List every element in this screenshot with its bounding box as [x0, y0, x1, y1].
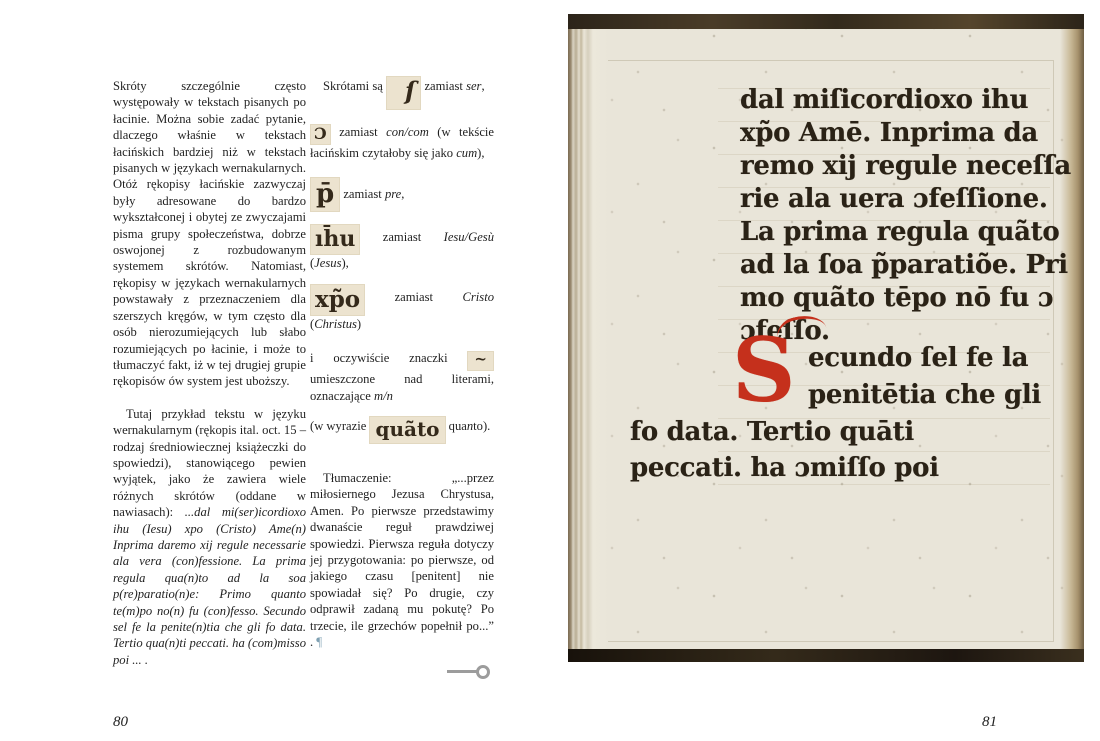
text-segment: pre — [385, 187, 401, 201]
text-segment: , — [401, 187, 404, 201]
text-segment: Cristo — [463, 290, 495, 304]
manuscript-line: fo data. Tertio quāti — [630, 414, 939, 450]
abbreviation-row: (w wyrazie quãto quanto). — [310, 416, 494, 444]
manuscript-line: remo xij regule neceſſa — [740, 150, 1071, 183]
manuscript-line: mo quãto tēpo nō fu ɔ — [740, 282, 1071, 315]
abbreviation-row: p̄ zamiast pre, — [310, 177, 494, 212]
abbreviation-row: Skrótami są ſ zamiast ser, — [310, 76, 494, 110]
manuscript-line: La prima regula quãto — [740, 216, 1071, 249]
text-segment: i oczywiście znaczki — [310, 351, 467, 365]
con-abbreviation-glyph-icon: Ɔ — [310, 124, 331, 145]
manuscript-line: ad la ſoa p̃paratiõe. Pri — [740, 249, 1071, 282]
end-ornament — [310, 665, 494, 679]
text-segment: ), — [341, 256, 348, 270]
text-segment: ) — [357, 317, 361, 331]
right-column-text: Skrótami są ſ zamiast ser,Ɔ zamiast con/… — [310, 76, 494, 679]
text-segment: ser — [466, 79, 481, 93]
ornament-circle-icon — [476, 665, 490, 679]
text-segment: cum — [456, 146, 477, 160]
manuscript-line: ecundo ſel fe la — [808, 340, 1041, 377]
manuscript-line: dal miſicordioxo ihu — [740, 84, 1071, 117]
red-initial-letter: S — [732, 332, 796, 408]
page-number-left: 80 — [113, 714, 128, 731]
quato-abbreviation-glyph-icon: quãto — [369, 416, 445, 444]
text-segment: Christus — [314, 317, 357, 331]
manuscript-line: xp̃o Amē. Inprima da — [740, 117, 1071, 150]
text-segment: Jesus — [314, 256, 341, 270]
ornament-line — [447, 670, 477, 673]
text-segment: zamiast — [421, 79, 466, 93]
body-paragraph: Tutaj przykład tekstu w języku wernakula… — [113, 406, 306, 669]
abbreviation-row: xp̃o zamiast Cristo (Christus) — [310, 284, 494, 332]
manuscript-lines-bottom: fo data. Tertio quātipeccati. ha ɔmiſſo … — [630, 414, 939, 486]
abbreviation-row: ıh̄u zamiast Iesu/Gesù (Jesus), — [310, 224, 494, 271]
abbreviation-examples: Skrótami są ſ zamiast ser,Ɔ zamiast con/… — [310, 76, 494, 651]
text-segment: to). — [473, 419, 490, 433]
text-segment: qua — [446, 419, 467, 433]
text-segment: ...dal mi(ser)icordioxo ihu (Iesu) xpo (… — [113, 505, 306, 667]
text-segment: zamiast — [331, 125, 386, 139]
text-segment: Tutaj przykład tekstu w języku wernakula… — [113, 407, 306, 519]
pilcrow-mark: ¶ — [316, 634, 322, 649]
text-segment: , — [481, 79, 484, 93]
abbreviation-row: i oczywiście znaczki ~ umieszczone nad l… — [310, 350, 494, 404]
text-segment: umieszczone nad literami, oznaczające — [310, 372, 494, 402]
manuscript-lines-top: dal miſicordioxo ihuxp̃o Amē. Inprima da… — [740, 84, 1071, 348]
manuscript-photo: dal miſicordioxo ihuxp̃o Amē. Inprima da… — [568, 14, 1084, 662]
text-segment: zamiast — [360, 230, 443, 244]
page-number-right: 81 — [982, 714, 997, 731]
pre-abbreviation-glyph-icon: p̄ — [310, 177, 340, 212]
body-paragraph: Skróty szczególnie często występowały w … — [113, 78, 306, 390]
abbreviation-row: Ɔ zamiast con/com (w tekście łacińskim c… — [310, 124, 494, 161]
manuscript-line: penitētia che gli — [808, 377, 1041, 414]
text-segment: Skrótami są — [323, 79, 386, 93]
text-segment: Tłumaczenie: „...przez miłosiernego Jezu… — [310, 471, 494, 649]
manuscript-line: peccati. ha ɔmiſſo poi — [630, 450, 939, 486]
ihu-abbreviation-glyph-icon: ıh̄u — [310, 224, 360, 255]
text-segment: (w wyrazie — [310, 419, 369, 433]
manuscript-text: dal miſicordioxo ihuxp̃o Amē. Inprima da… — [568, 14, 1084, 662]
text-segment: Iesu/Gesù — [444, 230, 494, 244]
text-segment: zamiast — [365, 290, 462, 304]
text-segment: zamiast — [340, 187, 385, 201]
text-segment: ), — [477, 146, 484, 160]
manuscript-lines-beside-initial: ecundo ſel fe lapenitētia che gli — [808, 340, 1041, 414]
text-segment: m/n — [374, 389, 393, 403]
tilde-abbreviation-glyph-icon: ~ — [467, 351, 494, 371]
xpo-abbreviation-glyph-icon: xp̃o — [310, 284, 365, 316]
abbreviation-row: Tłumaczenie: „...przez miłosiernego Jezu… — [310, 470, 494, 650]
text-segment: con/com — [386, 125, 429, 139]
text-segment: Skróty szczególnie często występowały w … — [113, 79, 306, 388]
left-column-text: Skróty szczególnie często występowały w … — [113, 78, 306, 668]
manuscript-line: rie ala uera ɔfeſſione. — [740, 183, 1071, 216]
ser-abbreviation-glyph-icon: ſ — [386, 76, 421, 110]
